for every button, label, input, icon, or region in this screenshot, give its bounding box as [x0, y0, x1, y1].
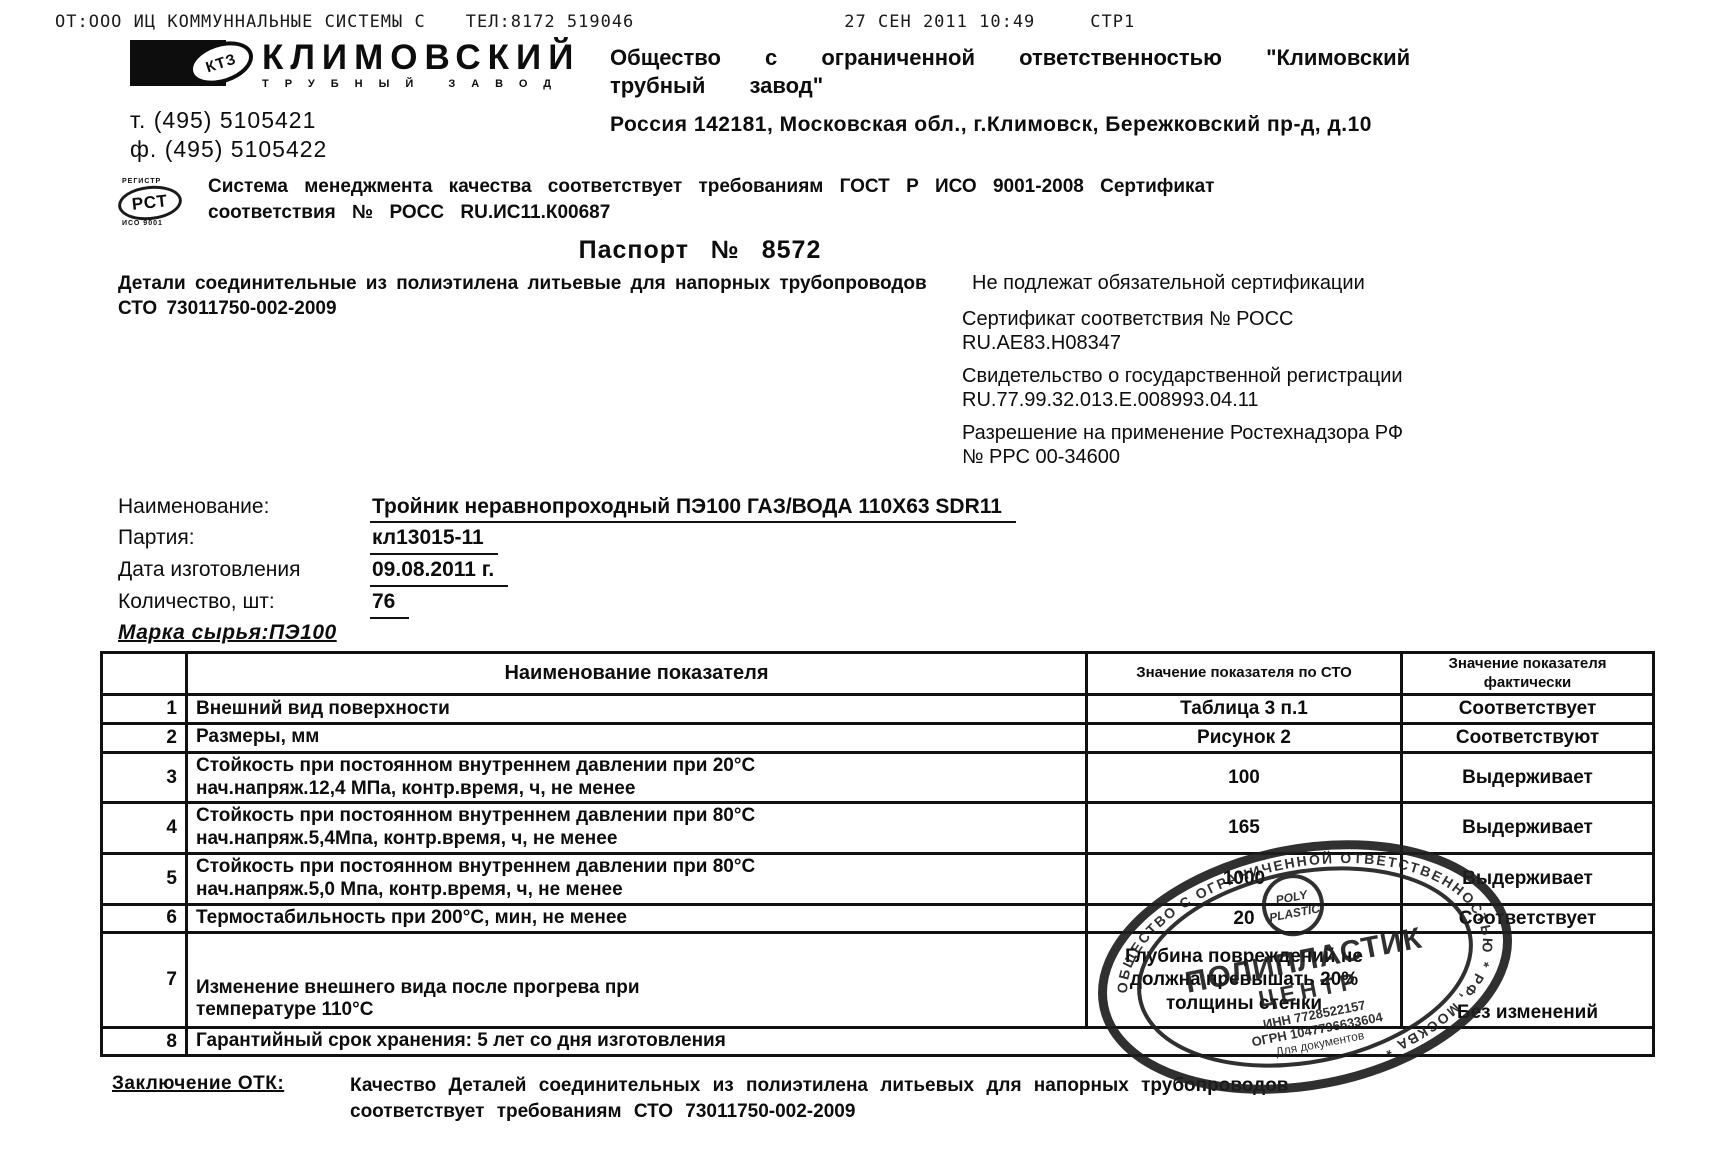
logo-text: КЛИМОВСКИЙ ТРУБНЫЙ ЗАВОД: [262, 40, 580, 90]
letterhead: КТЗ КЛИМОВСКИЙ ТРУБНЫЙ ЗАВОД т. (495) 51…: [0, 32, 1728, 164]
quality-statement: Система менеджмента качества соответству…: [208, 174, 1638, 227]
row-indicator: Стойкость при постоянном внутреннем давл…: [187, 853, 1087, 904]
row-sto-value: 100: [1087, 752, 1402, 803]
company-address: Россия 142181, Московская обл., г.Климов…: [610, 113, 1550, 137]
company-logo: КТЗ КЛИМОВСКИЙ ТРУБНЫЙ ЗАВОД: [130, 40, 585, 98]
row-actual-value: Соответствует: [1402, 695, 1654, 724]
otk-conclusion: Заключение ОТК: Качество Деталей соедини…: [0, 1057, 1728, 1124]
cert-conformity: Сертификат соответствия № РОСС RU.АЕ83.Н…: [962, 307, 1612, 355]
batch-label: Партия:: [118, 523, 370, 555]
quantity-label: Количество, шт:: [118, 587, 370, 619]
table-header-row: Наименование показателя Значение показат…: [102, 652, 1654, 695]
fax-phone: ТЕЛ:8172 519046: [466, 12, 635, 32]
row-number: 2: [102, 724, 187, 753]
raw-material-grade: Марка сырья:ПЭ100: [118, 621, 1728, 645]
row-number: 1: [102, 695, 187, 724]
row-indicator: Изменение внешнего вида после прогрева п…: [187, 933, 1087, 1028]
row-indicator: Термостабильность при 200°С, мин, не мен…: [187, 904, 1087, 933]
product-name-row: Наименование: Тройник неравнопроходный П…: [118, 492, 1728, 524]
rst-mark-bottom-text: ИСО 9001: [122, 220, 163, 227]
certification-section: Детали соединительные из полиэтилена лит…: [0, 265, 1728, 478]
rst-certification-icon: РЕГИСТР РСТ ИСО 9001: [112, 176, 190, 228]
manufacture-date-label: Дата изготовления: [118, 555, 370, 587]
product-info: Наименование: Тройник неравнопроходный П…: [0, 478, 1728, 645]
fax-page-number: СТР1: [1090, 12, 1135, 32]
fax-sender: ОТ:ООО ИЦ КОММУННАЛЬНЫЕ СИСТЕМЫ С: [55, 12, 426, 32]
passport-title: Паспорт № 8572: [0, 236, 1400, 265]
header-sto-value: Значение показателя по СТО: [1087, 652, 1402, 695]
logo-company-subtitle: ТРУБНЫЙ ЗАВОД: [262, 78, 580, 90]
letterhead-left: КТЗ КЛИМОВСКИЙ ТРУБНЫЙ ЗАВОД т. (495) 51…: [130, 40, 585, 164]
header-indicator-name: Наименование показателя: [187, 652, 1087, 695]
header-actual-value: Значение показателя фактически: [1402, 652, 1654, 695]
row-number: 5: [102, 853, 187, 904]
row-sto-value: Таблица 3 п.1: [1087, 695, 1402, 724]
quantity-value: 76: [370, 587, 409, 619]
cert-note: Не подлежат обязательной сертификации: [962, 271, 1612, 295]
row-actual-value: Соответствуют: [1402, 724, 1654, 753]
logo-company-name: КЛИМОВСКИЙ: [262, 40, 580, 75]
manufacture-date-value: 09.08.2011 г.: [370, 555, 508, 587]
table-row: 2 Размеры, мм Рисунок 2 Соответствуют: [102, 724, 1654, 753]
contact-numbers: т. (495) 5105421 ф. (495) 5105422: [130, 106, 585, 164]
certificates-list: Не подлежат обязательной сертификации Се…: [962, 271, 1612, 478]
fax-number: ф. (495) 5105422: [130, 135, 585, 164]
rst-mark-oval: РСТ: [116, 182, 183, 223]
cert-state-registration: Свидетельство о государственной регистра…: [962, 364, 1612, 412]
company-full-name: Общество с ограниченной ответственностью…: [610, 44, 1550, 99]
table-row: 3 Стойкость при постоянном внутреннем да…: [102, 752, 1654, 803]
batch-row: Партия: кл13015-11: [118, 523, 1728, 555]
otk-conclusion-label: Заключение ОТК:: [112, 1073, 350, 1124]
row-indicator: Внешний вид поверхности: [187, 695, 1087, 724]
row-number: 4: [102, 803, 187, 854]
row-number: 7: [102, 933, 187, 1028]
table-row: 1 Внешний вид поверхности Таблица 3 п.1 …: [102, 695, 1654, 724]
rst-mark-top-text: РЕГИСТР: [122, 178, 161, 185]
product-name-value: Тройник неравнопроходный ПЭ100 ГАЗ/ВОДА …: [370, 492, 1016, 524]
row-indicator: Стойкость при постоянном внутреннем давл…: [187, 752, 1087, 803]
ktz-logo-icon: КТЗ: [130, 40, 226, 86]
scanned-passport-document: ОТ:ООО ИЦ КОММУННАЛЬНЫЕ СИСТЕМЫ С ТЕЛ:81…: [0, 0, 1728, 1174]
product-class-description: Детали соединительные из полиэтилена лит…: [118, 271, 930, 478]
quantity-row: Количество, шт: 76: [118, 587, 1728, 619]
fax-header: ОТ:ООО ИЦ КОММУННАЛЬНЫЕ СИСТЕМЫ С ТЕЛ:81…: [0, 0, 1728, 32]
row-number: 8: [102, 1028, 187, 1056]
quality-statement-row: РЕГИСТР РСТ ИСО 9001 Система менеджмента…: [0, 164, 1728, 228]
row-actual-value: Выдерживает: [1402, 752, 1654, 803]
row-indicator: Размеры, мм: [187, 724, 1087, 753]
cert-rostekhnadzor: Разрешение на применение Ростехнадзора Р…: [962, 421, 1612, 469]
product-name-label: Наименование:: [118, 492, 370, 524]
letterhead-right: Общество с ограниченной ответственностью…: [610, 40, 1550, 164]
header-empty: [102, 652, 187, 695]
manufacture-date-row: Дата изготовления 09.08.2011 г.: [118, 555, 1728, 587]
row-indicator: Стойкость при постоянном внутреннем давл…: [187, 803, 1087, 854]
ktz-emblem: КТЗ: [183, 34, 258, 92]
row-number: 3: [102, 752, 187, 803]
row-sto-value: Рисунок 2: [1087, 724, 1402, 753]
row-number: 6: [102, 904, 187, 933]
batch-value: кл13015-11: [370, 523, 498, 555]
phone-number: т. (495) 5105421: [130, 106, 585, 135]
fax-datetime: 27 СЕН 2011 10:49: [844, 12, 1035, 32]
